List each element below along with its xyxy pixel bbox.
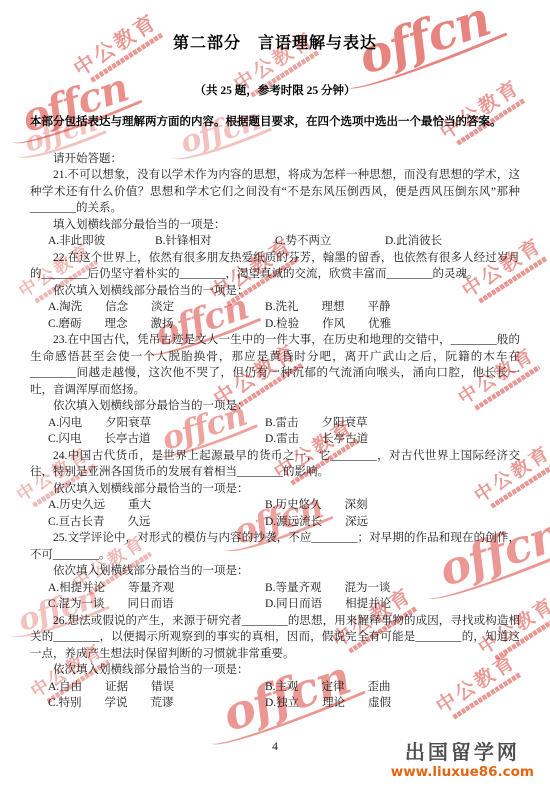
page-content: 第二部分 言语理解与表达 （共 25 题，参考时限 25 分钟） 本部分包括表达… (0, 0, 550, 712)
question-21: 21.不可以想象，没有以学术作为内容的思想，将成为怎样一种思想，而没有思想的学术… (30, 167, 520, 250)
option-c: C.亘古长青 久远 (48, 514, 265, 531)
option-a: A.历史久远 重大 (48, 497, 265, 514)
option-a: A.相提并论 等量齐观 (48, 580, 265, 597)
question-text: 22.在这个世界上，依然有很多朋友热爱纸质的芬芳，翰墨的留香，也依然有很多人经过… (30, 250, 520, 283)
question-26: 26.想法或假说的产生，来源于研究者________的思想，用来解释事物的成因，… (30, 613, 520, 712)
question-24: 24.中国古代货币，是世界上起源最早的货币之一，它________，对古代世界上… (30, 448, 520, 531)
time-limit-note: （共 25 题，参考时限 25 分钟） (30, 83, 520, 100)
question-prompt: 依次填入划横线部分最恰当的一项是： (30, 662, 520, 679)
question-prompt: 依次填入划横线部分最恰当的一项是： (30, 398, 520, 415)
option-a: A.闪电 夕阳衰草 (48, 415, 265, 432)
part-title: 第二部分 言语理解与表达 (30, 36, 520, 53)
question-text: 25.文学评论中，对形式的模仿与内容的抄袭，不应________；对早期的作品和… (30, 530, 520, 563)
option-d: D.独立 理论 虚假 (265, 695, 520, 712)
option-c: C.势不两立 (275, 233, 385, 250)
options-row: A.非此即彼 B.针锋相对 C.势不两立 D.此消彼长 (30, 233, 520, 250)
section-instruction: 本部分包括表达与理解两方面的内容。根据题目要求，在四个选项中选出一个最恰当的答案… (30, 114, 520, 131)
options-grid: A.历史久远 重大 B.历史悠久 深刻 C.亘古长青 久远 D.源远流长 深远 (30, 497, 520, 530)
question-prompt: 依次填入划横线部分最恰当的一项是： (30, 481, 520, 498)
option-b: B.洗礼 理想 平静 (265, 299, 520, 316)
options-grid: A.相提并论 等量齐观 B.等量齐观 混为一谈 C.混为一谈 同日而语 D.同日… (30, 580, 520, 613)
begin-note: 请开始答题： (30, 151, 520, 168)
option-c: C.混为一谈 同日而语 (48, 596, 265, 613)
option-d: D.检验 作风 优雅 (265, 316, 520, 333)
exam-page: 中公教育offcn中公教育offcnoffcn中公教育offcn中公教育offc… (0, 0, 550, 788)
question-text: 24.中国古代货币，是世界上起源最早的货币之一，它________，对古代世界上… (30, 448, 520, 481)
question-25: 25.文学评论中，对形式的模仿与内容的抄袭，不应________；对早期的作品和… (30, 530, 520, 613)
option-c: C.特别 学说 荒谬 (48, 695, 265, 712)
option-c: C.闪电 长亭古道 (48, 431, 265, 448)
site-watermark: 出国留学网 www.liuxue86.com (391, 742, 534, 780)
option-b: B.等量齐观 混为一谈 (265, 580, 520, 597)
option-b: B.历史悠久 深刻 (265, 497, 520, 514)
option-d: D.源远流长 深远 (265, 514, 520, 531)
option-a: A.非此即彼 (48, 233, 155, 250)
options-grid: A.闪电 夕阳衰草 B.雷击 夕阳衰草 C.闪电 长亭古道 D.雷击 长亭古道 (30, 415, 520, 448)
question-text: 26.想法或假说的产生，来源于研究者________的思想，用来解释事物的成因，… (30, 613, 520, 663)
question-text: 21.不可以想象，没有以学术作为内容的思想，将成为怎样一种思想，而没有思想的学术… (30, 167, 520, 217)
option-a: A.自由 证据 错误 (48, 679, 265, 696)
question-22: 22.在这个世界上，依然有很多朋友热爱纸质的芬芳，翰墨的留香，也依然有很多人经过… (30, 250, 520, 333)
site-url: www.liuxue86.com (391, 765, 534, 780)
option-a: A.淘洗 信念 淡定 (48, 299, 265, 316)
options-grid: A.自由 证据 错误 B.主观 定律 歪曲 C.特别 学说 荒谬 D.独立 理论… (30, 679, 520, 712)
option-b: B.针锋相对 (155, 233, 275, 250)
option-d: D.同日而语 相提并论 (265, 596, 520, 613)
option-b: B.雷击 夕阳衰草 (265, 415, 520, 432)
option-b: B.主观 定律 歪曲 (265, 679, 520, 696)
question-prompt: 依次填入划横线部分最恰当的一项是： (30, 563, 520, 580)
options-grid: A.淘洗 信念 淡定 B.洗礼 理想 平静 C.磨砺 理念 激扬 D.检验 作风… (30, 299, 520, 332)
option-d: D.雷击 长亭古道 (265, 431, 520, 448)
question-text: 23.在中国古代，凭吊古迹是文人一生中的一件大事，在历史和地理的交错中，____… (30, 332, 520, 398)
question-23: 23.在中国古代，凭吊古迹是文人一生中的一件大事，在历史和地理的交错中，____… (30, 332, 520, 448)
site-name: 出国留学网 (391, 742, 534, 764)
question-prompt: 填入划横线部分最恰当的一项是： (30, 217, 520, 234)
option-d: D.此消彼长 (385, 233, 520, 250)
option-c: C.磨砺 理念 激扬 (48, 316, 265, 333)
question-prompt: 依次填入划横线部分最恰当的一项是： (30, 283, 520, 300)
